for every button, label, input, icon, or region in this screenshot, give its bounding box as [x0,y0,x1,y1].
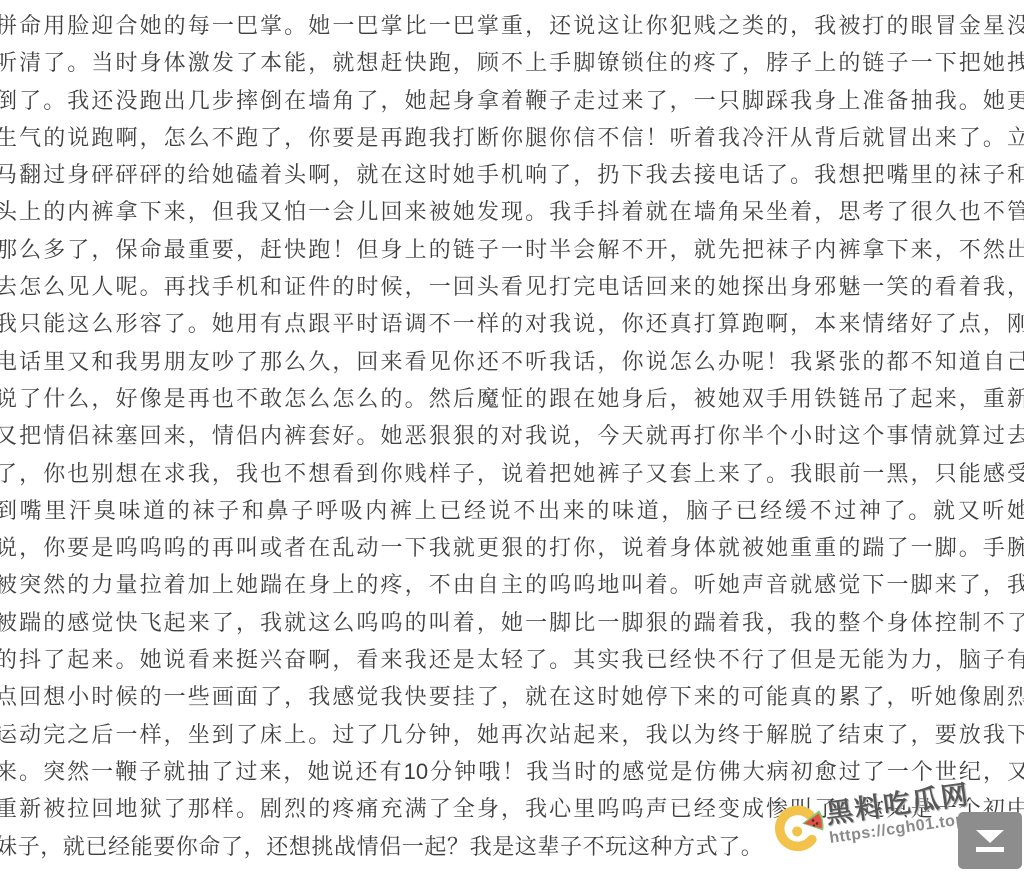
text-line: 又把情侣袜塞回来，情侣内裤套好。她恶狠狠的对我说，今天就再打你半个小时这个事情就… [0,417,1024,454]
text-line: 说了什么，好像是再也不敢怎么怎么的。然后魔怔的跟在她身后，被她双手用铁链吊了起来… [0,380,1024,417]
text-line: 电话里又和我男朋友吵了那么久，回来看见你还不听我话，你说怎么办呢！我紧张的都不知… [0,343,1024,380]
text-line: 到嘴里汗臭味道的袜子和鼻子呼吸内裤上已经说不出来的味道，脑子已经缓不过神了。就又… [0,492,1024,529]
text-line: 倒了。我还没跑出几步摔倒在墙角了，她起身拿着鞭子走过来了，一只脚踩我身上准备抽我… [0,82,1024,119]
text-line: 被踹的感觉快飞起来了，我就这么呜呜的叫着，她一脚比一脚狠的踹着我，我的整个身体控… [0,604,1024,641]
text-line: 去怎么见人呢。再找手机和证件的时候，一回头看见打完电话回来的她探出身邪魅一笑的看… [0,268,1024,305]
text-line: 头上的内裤拿下来，但我又怕一会儿回来被她发现。我手抖着就在墙角呆坐着，思考了很久… [0,193,1024,230]
text-line: 马翻过身砰砰砰的给她磕着头啊，就在这时她手机响了，扔下我去接电话了。我想把嘴里的… [0,156,1024,193]
text-line: 那么多了，保命最重要，赶快跑！但身上的链子一时半会解不开，就先把袜子内裤拿下来，… [0,231,1024,268]
text-line: 说，你要是呜呜呜的再叫或者在乱动一下我就更狠的打你，说着身体就被她重重的踹了一脚… [0,529,1024,566]
text-line: 我只能这么形容了。她用有点跟平时语调不一样的对我说，你还真打算跑啊，本来情绪好了… [0,305,1024,342]
scroll-to-bottom-icon [973,827,1007,855]
page: 拼命用脸迎合她的每一巴掌。她一巴掌比一巴掌重，还说这让你犯贱之类的，我被打的眼冒… [0,0,1024,872]
text-line: 生气的说跑啊，怎么不跑了，你要是再跑我打断你腿你信不信！听着我冷汗从背后就冒出来… [0,119,1024,156]
text-line: 来。突然一鞭子就抽了过来，她说还有10分钟哦！我当时的感觉是仿佛大病初愈过了一个… [0,753,1024,790]
text-line: 的抖了起来。她说看来挺兴奋啊，看来我还是太轻了。其实我已经快不行了但是无能为力，… [0,641,1024,678]
text-line: 点回想小时候的一些画面了，我感觉我快要挂了，就在这时她停下来的可能真的累了，听她… [0,678,1024,715]
text-line: 妹子，就已经能要你命了，还想挑战情侣一起？我是这辈子不玩这种方式了。 [0,828,1024,865]
text-line: 运动完之后一样，坐到了床上。过了几分钟，她再次站起来，我以为终于解脱了结束了，要… [0,716,1024,753]
scroll-to-bottom-button[interactable] [958,812,1022,869]
text-line: 重新被拉回地狱了那样。剧烈的疼痛充满了全身，我心里呜呜声已经变成惨叫了。这只是一… [0,790,1024,827]
text-line: 拼命用脸迎合她的每一巴掌。她一巴掌比一巴掌重，还说这让你犯贱之类的，我被打的眼冒… [0,7,1024,44]
text-line: 听清了。当时身体激发了本能，就想赶快跑，顾不上手脚镣锁住的疼了，脖子上的链子一下… [0,44,1024,81]
text-line: 被突然的力量拉着加上她踹在身上的疼，不由自主的呜呜地叫着。听她声音就感觉下一脚来… [0,566,1024,603]
text-line: 了，你也别想在求我，我也不想看到你贱样子，说着把她裤子又套上来了。我眼前一黑，只… [0,455,1024,492]
article-text: 拼命用脸迎合她的每一巴掌。她一巴掌比一巴掌重，还说这让你犯贱之类的，我被打的眼冒… [0,7,1024,865]
